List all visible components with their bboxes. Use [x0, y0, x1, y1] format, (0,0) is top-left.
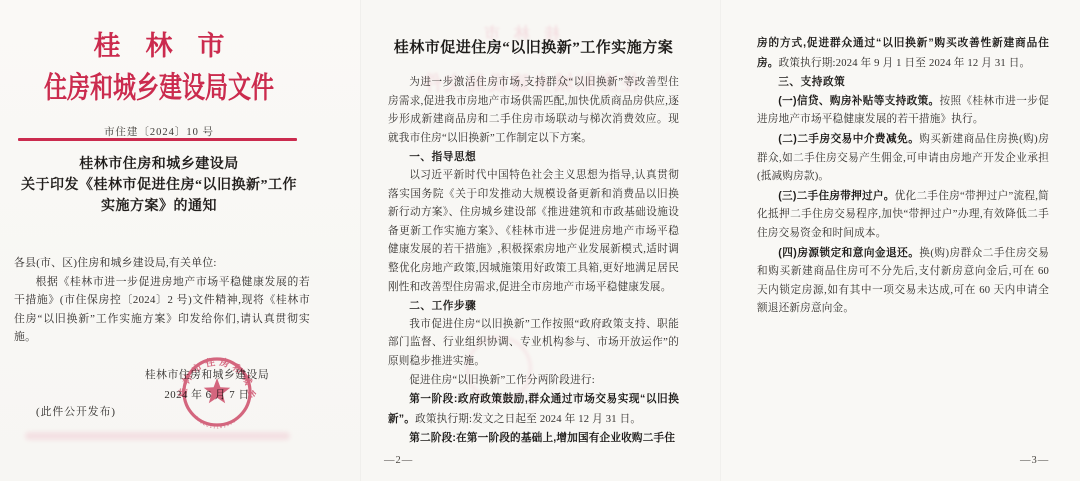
red-header-bureau-document: 住房和城乡建设局文件: [0, 64, 318, 106]
stage-2-continuation-paragraph: 房的方式,促进群众通过“以旧换新”购买改善性新建商品住房。政策执行期:2024 …: [757, 34, 1049, 73]
salutation-line: 各县(市、区)住房和城乡建设局,有关单位:: [14, 254, 310, 273]
notice-title-line-2: 关于印发《桂林市促进住房“以旧换新”工作: [0, 175, 318, 196]
stage-2-continuation-rest: 政策执行期:2024 年 9 月 1 日至 2024 年 12 月 31 日。: [779, 58, 1031, 69]
policy-item-3: (三)二手住房带押过户。优化二手住房“带押过户”流程,简化抵押二手住房交易程序,…: [757, 187, 1049, 244]
section-heading-1: 一、指导思想: [388, 148, 679, 167]
red-separator-line: [18, 138, 297, 141]
page-1-notice: 桂林市 住房和城乡建设局文件 市住建〔2024〕10 号 桂林市住房和城乡建设局…: [0, 0, 360, 481]
policy-item-2-lead: (二)二手房交易中介费减免。: [778, 133, 919, 145]
policy-item-1-lead: (一)信贷、购房补贴等支持政策。: [778, 95, 939, 107]
svg-text:4502011101851: 4502011101851: [194, 415, 237, 430]
stage-2-lead: 第二阶段:在第一阶段的基础上,增加国有企业收购二手住: [409, 432, 675, 444]
document-number: 市住建〔2024〕10 号: [0, 124, 318, 139]
page-number-2: —2—: [384, 455, 413, 466]
public-release-note: (此件公开发布): [36, 404, 116, 419]
red-header-city-name: 桂林市: [0, 24, 318, 63]
plan-body-page-3: 房的方式,促进群众通过“以旧换新”购买改善性新建商品住房。政策执行期:2024 …: [757, 34, 1049, 319]
policy-item-1: (一)信贷、购房补贴等支持政策。按照《桂林市进一步促进房地产市场平稳健康发展的若…: [757, 92, 1049, 130]
scanned-official-document: 桂林市 住房和城乡建设局文件 市住建〔2024〕10 号 桂林市住房和城乡建设局…: [0, 0, 1080, 481]
notice-title-line-3: 实施方案》的通知: [0, 196, 318, 217]
stage-2-paragraph: 第二阶段:在第一阶段的基础上,增加国有企业收购二手住: [388, 429, 679, 449]
page-number-3: —3—: [1020, 455, 1049, 466]
notice-body: 各县(市、区)住房和城乡建设局,有关单位: 根据《桂林市进一步促进房地产市场平稳…: [14, 254, 310, 347]
two-stage-intro-line: 促进住房“以旧换新”工作分两阶段进行:: [388, 372, 679, 391]
stage-1-rest: 政策执行期:发文之日起至 2024 年 12 月 31 日。: [415, 414, 641, 425]
policy-item-4: (四)房源锁定和意向金退还。换(购)房群众二手住房交易和购买新建商品住房可不分先…: [757, 244, 1049, 319]
official-red-seal: 桂林市住房和城乡建设局 4502011101851: [175, 350, 259, 434]
seal-star-icon: [204, 378, 231, 403]
seal-code: 4502011101851: [194, 415, 237, 430]
notice-title-line-1: 桂林市住房和城乡建设局: [0, 154, 318, 175]
policy-item-2: (二)二手房交易中介费减免。购买新建商品住房换(购)房群众,如二手住房交易产生佣…: [757, 130, 1049, 187]
notice-title: 桂林市住房和城乡建设局 关于印发《桂林市促进住房“以旧换新”工作 实施方案》的通…: [0, 154, 318, 217]
guiding-ideology-paragraph: 以习近平新时代中国特色社会主义思想为指导,认真贯彻落实国务院《关于印发推动大规模…: [388, 167, 679, 297]
section-heading-2: 二、工作步骤: [388, 297, 679, 316]
ink-bleed-streak: [25, 432, 290, 440]
policy-item-4-lead: (四)房源锁定和意向金退还。: [778, 247, 919, 259]
plan-body-page-2: 为进一步激活住房市场,支持群众“以旧换新”等改善型住房需求,促进我市房地产市场供…: [388, 74, 679, 449]
plan-title: 桂林市促进住房“以旧换新”工作实施方案: [388, 36, 679, 57]
notice-paragraph: 根据《桂林市进一步促进房地产市场平稳健康发展的若干措施》(市住保房控〔2024〕…: [14, 273, 310, 347]
plan-intro-paragraph: 为进一步激活住房市场,支持群众“以旧换新”等改善型住房需求,促进我市房地产市场供…: [388, 74, 679, 148]
section-heading-3: 三、支持政策: [757, 73, 1049, 92]
stage-1-paragraph: 第一阶段:政府政策鼓励,群众通过市场交易实现“以旧换新”。政策执行期:发文之日起…: [388, 390, 679, 429]
policy-item-3-lead: (三)二手住房带押过户。: [778, 190, 894, 202]
work-principle-paragraph: 我市促进住房“以旧换新”工作按照“政府政策支持、职能部门监督、行业组织协调、专业…: [388, 316, 679, 372]
